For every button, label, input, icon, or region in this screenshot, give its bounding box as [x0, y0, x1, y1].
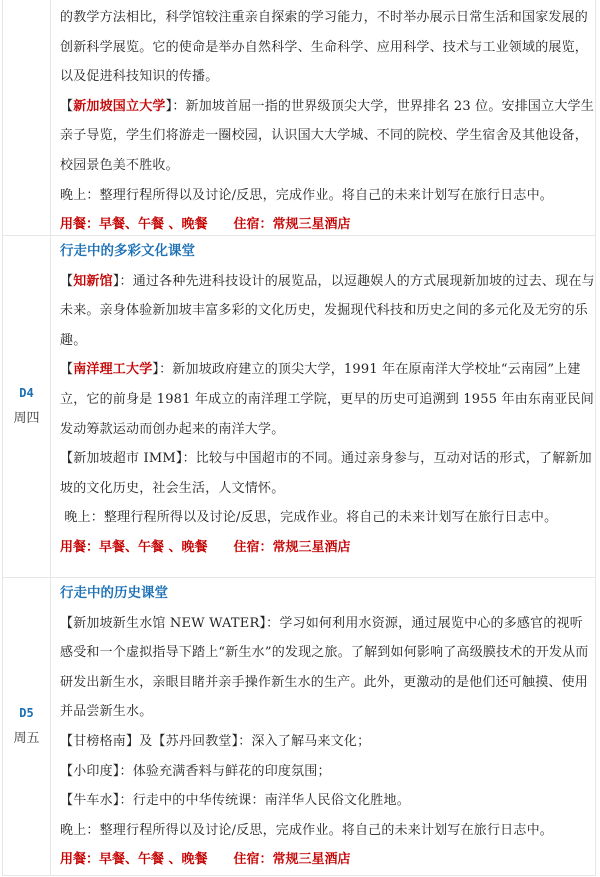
- evening-note: 晚上：整理行程所得以及讨论/反思，完成作业。将自己的未来计划写在旅行日志中。: [60, 503, 595, 533]
- day-title: 行走中的多彩文化课堂: [60, 237, 595, 267]
- day-cell: D5 周五: [3, 578, 51, 875]
- imm-paragraph: 【新加坡超市 IMM】：比较与中国超市的不同。通过亲身参与，互动对话的形式，了解…: [60, 444, 595, 503]
- day-content: 行走中的历史课堂 【新加坡新生水馆 NEW WATER】：学习如何利用水资源，通…: [51, 578, 595, 875]
- day-title: 行走中的历史课堂: [60, 579, 595, 609]
- day-content: 行走中的多彩文化课堂 【知新馆】：通过各种先进科技设计的展览品，以逗趣娱人的方式…: [51, 236, 595, 577]
- day-code: D5: [19, 701, 33, 725]
- day-cell: [3, 0, 51, 235]
- kampong-glam-line: 【甘榜格南】及【苏丹回教堂】：深入了解马来文化；: [60, 727, 595, 757]
- evening-note: 晚上：整理行程所得以及讨论/反思，完成作业。将自己的未来计划写在旅行日志中。: [60, 816, 595, 846]
- itinerary-row-d3-continued: 的教学方法相比，科学馆较注重亲自探索的学习能力，不时举办展示日常生活和国家发展的…: [3, 0, 595, 236]
- itinerary-row-d5: D5 周五 行走中的历史课堂 【新加坡新生水馆 NEW WATER】：学习如何利…: [3, 578, 595, 876]
- weekday: 周五: [13, 725, 39, 753]
- zhixin-name: 知新馆: [73, 274, 113, 289]
- meals-text: 用餐：早餐、午餐 、晚餐: [60, 852, 208, 867]
- newater-paragraph: 【新加坡新生水馆 NEW WATER】：学习如何利用水资源，通过展览中心的多感官…: [60, 609, 595, 727]
- science-centre-text: 的教学方法相比，科学馆较注重亲自探索的学习能力，不时举办展示日常生活和国家发展的…: [60, 3, 595, 92]
- meals-text: 用餐：早餐、午餐 、晚餐: [60, 540, 208, 555]
- lodging-text: 住宿：常规三星酒店: [234, 852, 351, 867]
- nus-name: 新加坡国立大学: [73, 99, 165, 114]
- evening-note: 晚上：整理行程所得以及讨论/反思，完成作业。将自己的未来计划写在旅行日志中。: [60, 181, 595, 211]
- meals-text: 用餐：早餐、午餐 、晚餐: [60, 217, 208, 232]
- lodging-text: 住宿：常规三星酒店: [234, 217, 351, 232]
- chinatown-line: 【牛车水】：行走中的中华传统课：南洋华人民俗文化胜地。: [60, 786, 595, 816]
- day-content: 的教学方法相比，科学馆较注重亲自探索的学习能力，不时举办展示日常生活和国家发展的…: [51, 0, 595, 235]
- lodging-text: 住宿：常规三星酒店: [234, 540, 351, 555]
- day-code: D4: [19, 381, 33, 405]
- little-india-line: 【小印度】：体验充满香料与鲜花的印度氛围；: [60, 757, 595, 787]
- day-cell: D4 周四: [3, 236, 51, 577]
- itinerary-table: 的教学方法相比，科学馆较注重亲自探索的学习能力，不时举办展示日常生活和国家发展的…: [2, 0, 596, 876]
- meals-lodging: 用餐：早餐、午餐 、晚餐住宿：常规三星酒店: [60, 533, 595, 563]
- meals-lodging: 用餐：早餐、午餐 、晚餐住宿：常规三星酒店: [60, 845, 595, 875]
- weekday: 周四: [13, 405, 39, 433]
- itinerary-row-d4: D4 周四 行走中的多彩文化课堂 【知新馆】：通过各种先进科技设计的展览品，以逗…: [3, 236, 595, 578]
- nus-paragraph: 【新加坡国立大学】：新加坡首屈一指的世界级顶尖大学，世界排名 23 位。安排国立…: [60, 92, 595, 181]
- ntu-name: 南洋理工大学: [73, 362, 152, 377]
- ntu-paragraph: 【南洋理工大学】：新加坡政府建立的顶尖大学，1991 年在原南洋大学校址“云南园…: [60, 355, 595, 444]
- zhixin-paragraph: 【知新馆】：通过各种先进科技设计的展览品，以逗趣娱人的方式展现新加坡的过去、现在…: [60, 267, 595, 356]
